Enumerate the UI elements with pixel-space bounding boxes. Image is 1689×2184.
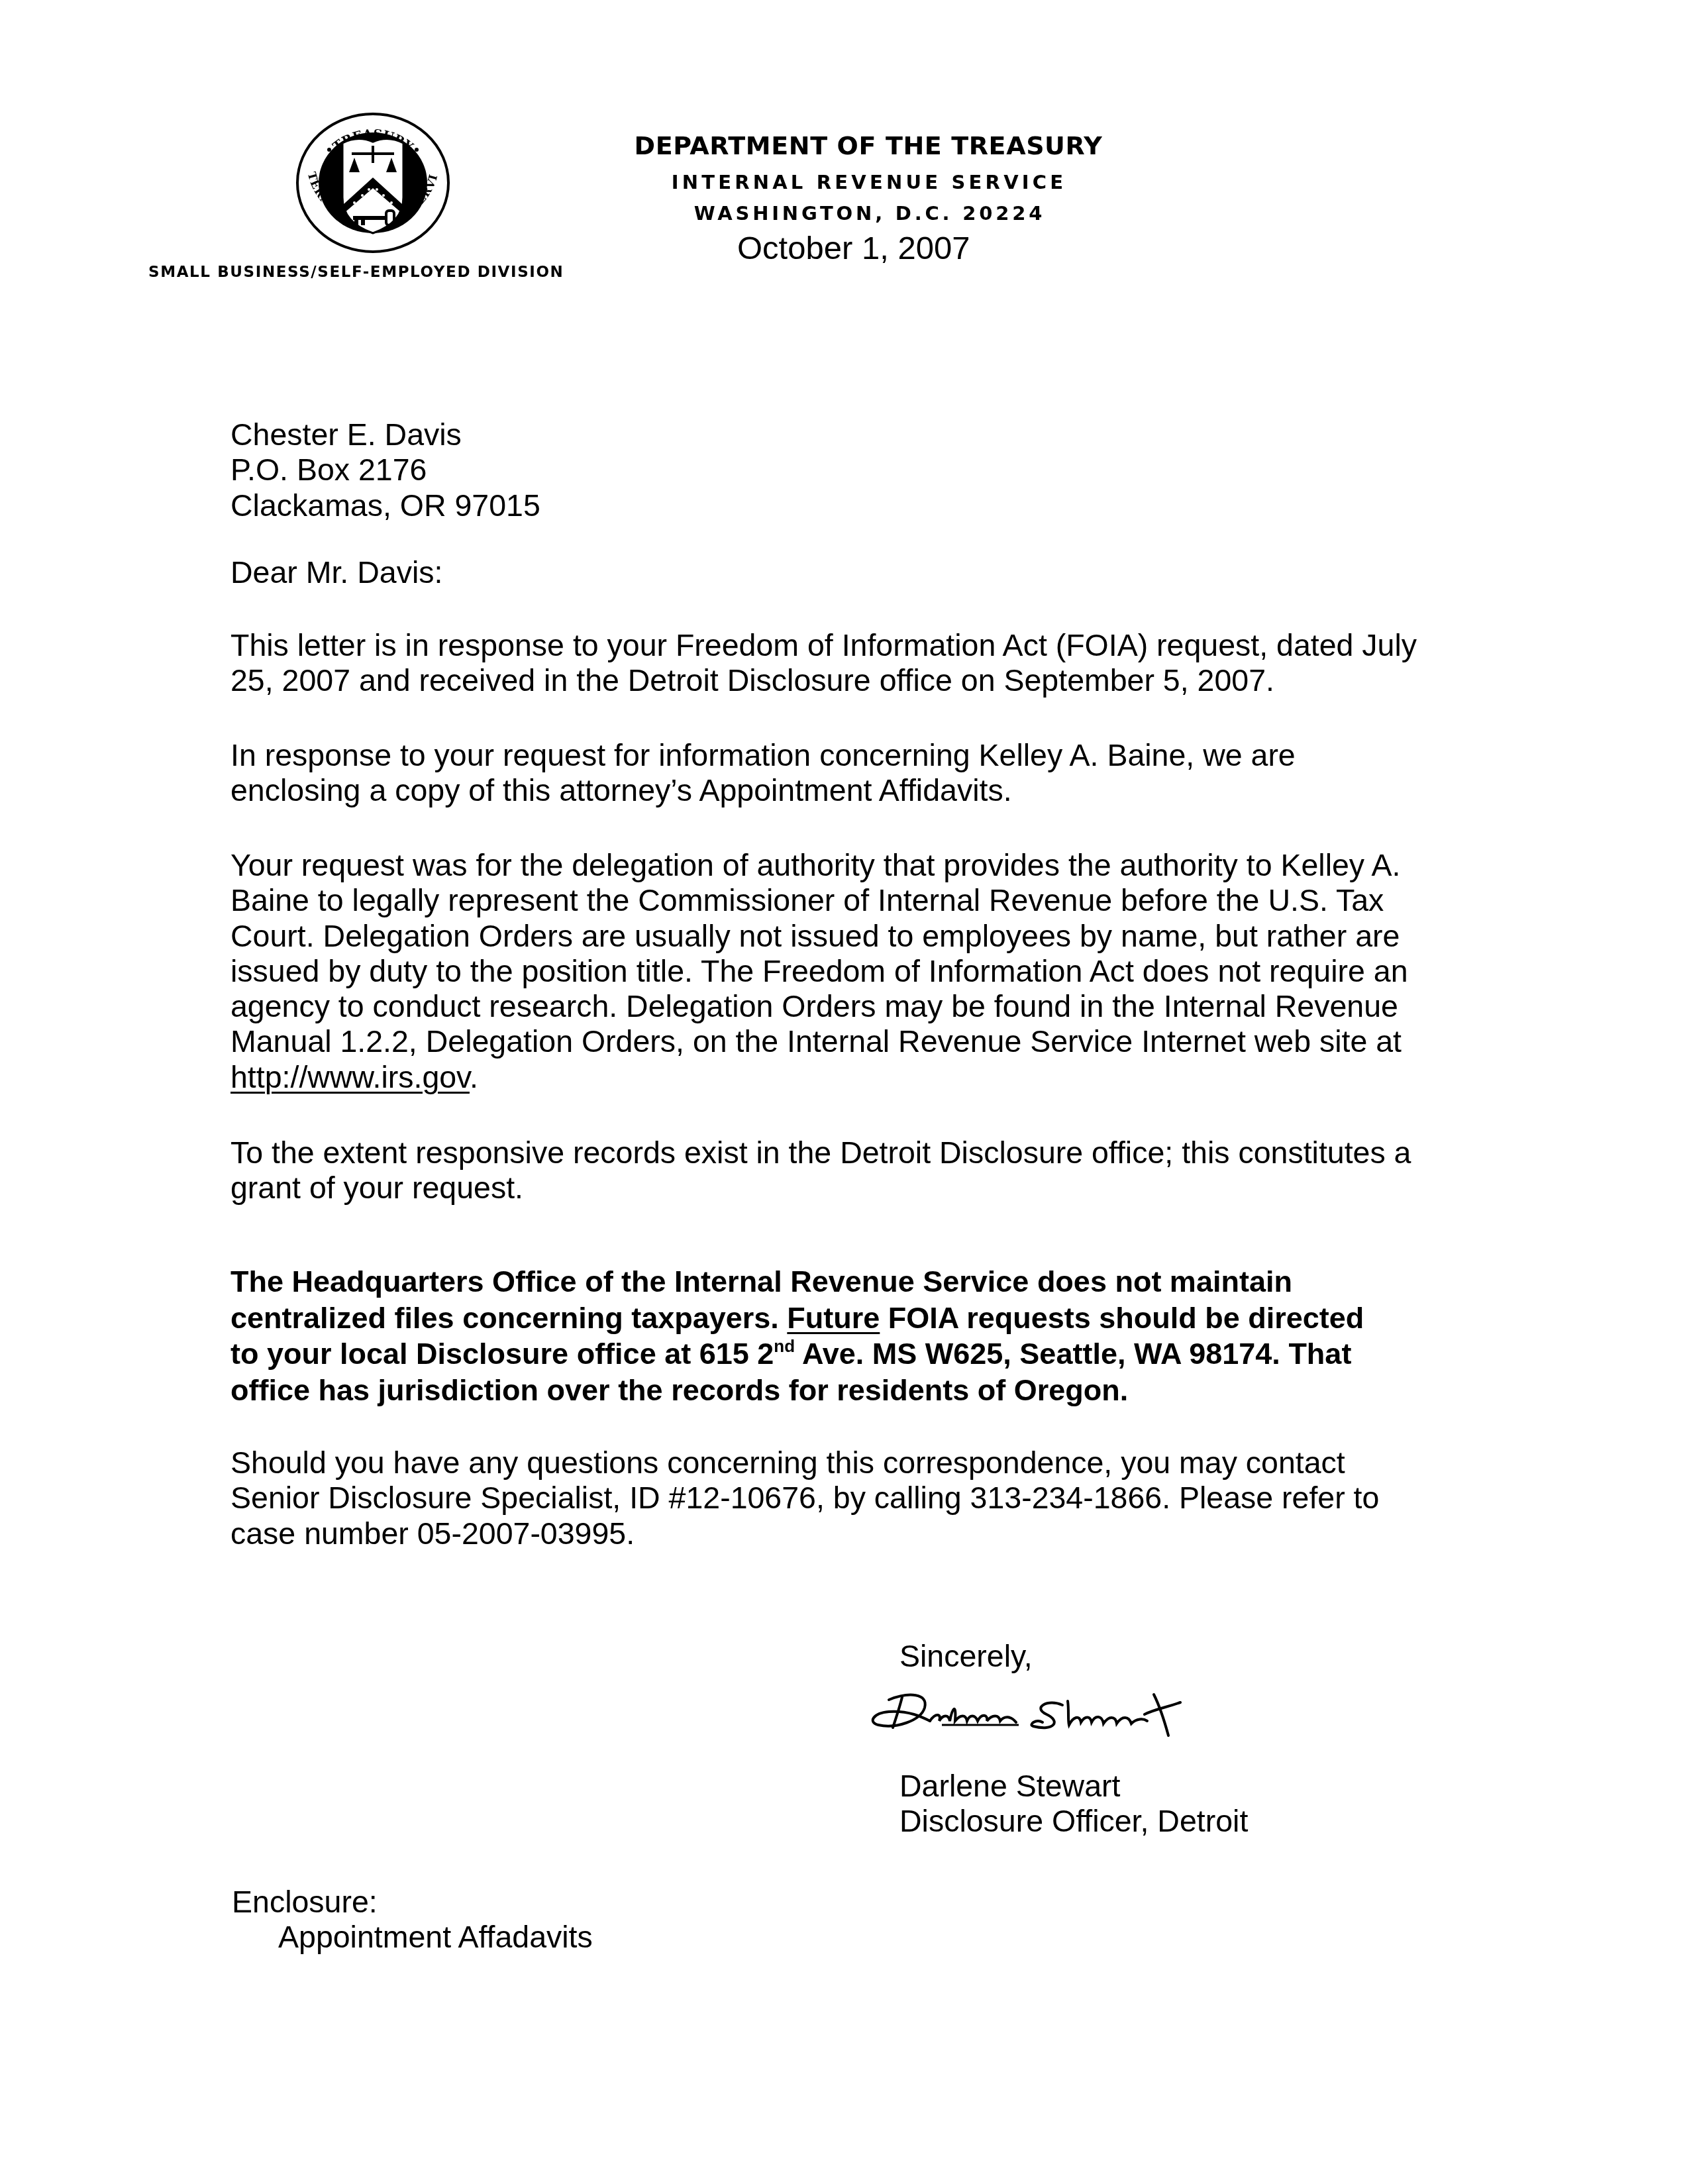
paragraph-line: grant of your request. <box>230 1170 1411 1206</box>
paragraph-line: centralized files concerning taxpayers. … <box>230 1300 1364 1337</box>
paragraph-3: Your request was for the delegation of a… <box>230 848 1408 1095</box>
irs-website-link[interactable]: http://www.irs.gov <box>230 1060 470 1094</box>
signer-name: Darlene Stewart <box>899 1769 1248 1804</box>
valediction: Sincerely, <box>899 1639 1033 1674</box>
paragraph-line: Court. Delegation Orders are usually not… <box>230 919 1408 954</box>
paragraph-line: office has jurisdiction over the records… <box>230 1373 1364 1409</box>
enclosure-block: Enclosure: Appointment Affadavits <box>232 1885 593 1955</box>
paragraph-line: case number 05-2007-03995. <box>230 1516 1379 1551</box>
paragraph-line: This letter is in response to your Freed… <box>230 628 1417 663</box>
signer-title: Disclosure Officer, Detroit <box>899 1804 1248 1839</box>
ordinal-suffix: nd <box>774 1336 795 1356</box>
paragraph-line: Your request was for the delegation of a… <box>230 848 1408 883</box>
recipient-address-line-2: Clackamas, OR 97015 <box>230 488 540 523</box>
paragraph-line: http://www.irs.gov. <box>230 1060 1408 1095</box>
paragraph-line: Baine to legally represent the Commissio… <box>230 883 1408 918</box>
agency-city: WASHINGTON, D.C. 20224 <box>687 202 1052 225</box>
recipient-address-line-1: P.O. Box 2176 <box>230 452 540 488</box>
salutation-text: Dear Mr. Davis: <box>230 555 442 590</box>
recipient-address: Chester E. Davis P.O. Box 2176 Clackamas… <box>230 417 540 523</box>
enclosure-label: Enclosure: <box>232 1885 593 1920</box>
paragraph-5-bold-notice: The Headquarters Office of the Internal … <box>230 1264 1364 1408</box>
letter-date: October 1, 2007 <box>737 230 970 267</box>
paragraph-2: In response to your request for informat… <box>230 738 1296 809</box>
paragraph-line: To the extent responsive records exist i… <box>230 1135 1411 1170</box>
paragraph-line: Manual 1.2.2, Delegation Orders, on the … <box>230 1024 1408 1059</box>
paragraph-6: Should you have any questions concerning… <box>230 1445 1379 1551</box>
underlined-future: Future <box>787 1301 880 1335</box>
text-run: centralized files concerning taxpayers. <box>230 1301 787 1335</box>
paragraph-line: 25, 2007 and received in the Detroit Dis… <box>230 663 1417 698</box>
paragraph-line: to your local Disclosure office at 615 2… <box>230 1336 1364 1373</box>
paragraph-line: Should you have any questions concerning… <box>230 1445 1379 1481</box>
salutation: Dear Mr. Davis: <box>230 555 442 590</box>
signer-block: Darlene Stewart Disclosure Officer, Detr… <box>899 1769 1248 1840</box>
paragraph-line: agency to conduct research. Delegation O… <box>230 989 1408 1024</box>
paragraph-line: enclosing a copy of this attorney’s Appo… <box>230 773 1296 808</box>
handwritten-signature-icon: Darlene Stewart <box>869 1688 1194 1741</box>
link-suffix: . <box>470 1060 478 1094</box>
recipient-name: Chester E. Davis <box>230 417 540 452</box>
paragraph-4: To the extent responsive records exist i… <box>230 1135 1411 1206</box>
department-heading: DEPARTMENT OF THE TREASURY <box>609 131 1127 160</box>
irs-treasury-seal-icon: TREASURY INTERNAL REVENUE SERVICE <box>295 111 451 254</box>
text-run: FOIA requests should be directed <box>880 1301 1364 1335</box>
letter-page: TREASURY INTERNAL REVENUE SERVICE SMALL … <box>0 0 1689 2184</box>
paragraph-line: In response to your request for informat… <box>230 738 1296 773</box>
paragraph-line: issued by duty to the position title. Th… <box>230 954 1408 989</box>
text-run: to your local Disclosure office at 615 2 <box>230 1337 774 1371</box>
agency-heading: INTERNAL REVENUE SERVICE <box>652 171 1086 193</box>
division-name: SMALL BUSINESS/SELF-EMPLOYED DIVISION <box>148 264 564 281</box>
text-run: Ave. MS W625, Seattle, WA 98174. That <box>795 1337 1351 1371</box>
paragraph-line: The Headquarters Office of the Internal … <box>230 1264 1364 1300</box>
enclosure-item: Appointment Affadavits <box>232 1920 593 1955</box>
valediction-text: Sincerely, <box>899 1639 1033 1673</box>
paragraph-1: This letter is in response to your Freed… <box>230 628 1417 699</box>
paragraph-line: Senior Disclosure Specialist, ID #12-106… <box>230 1481 1379 1516</box>
